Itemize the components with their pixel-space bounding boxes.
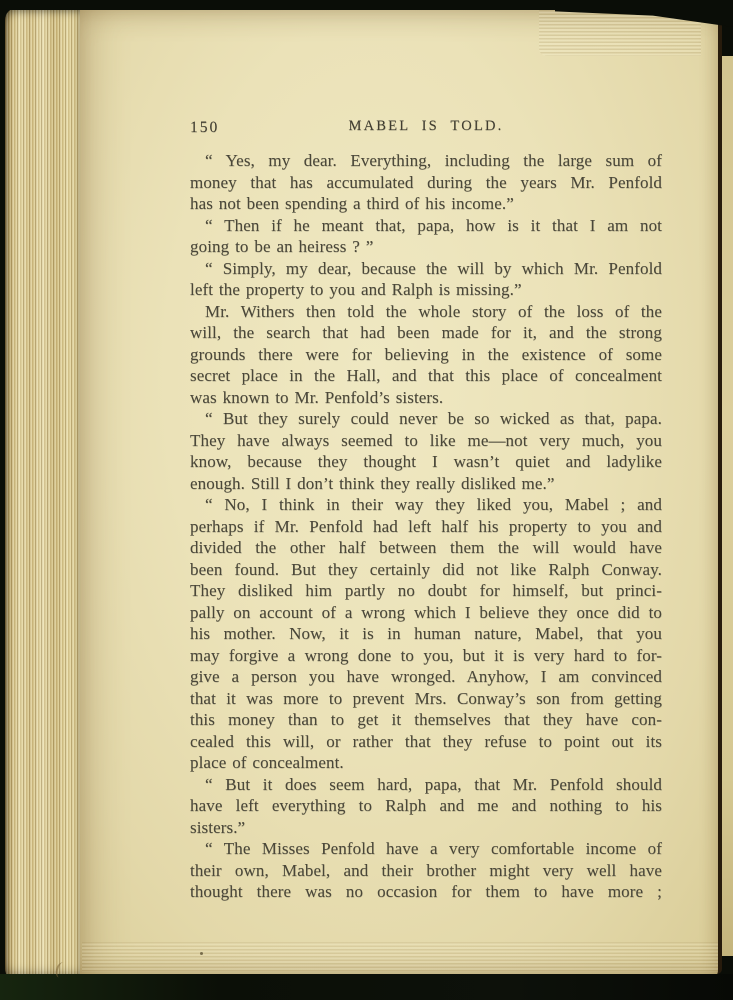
paragraph: “ Yes, my dear. Everything, including th… [190,150,662,215]
text-line: give a person you have wronged. Anyhow, … [190,666,662,688]
text-line: Mr. Withers then told the whole story of… [190,301,662,323]
book-page: 150 MABEL IS TOLD. “ Yes, my dear. Every… [78,10,722,974]
text-line: enough. Still I don’t think they really … [190,473,662,495]
paragraph: “ But they surely could never be so wick… [190,408,662,494]
text-line: know, because they thought I wasn’t quie… [190,451,662,473]
page-number: 150 [190,119,219,137]
book-page-edges-bottom [82,942,718,972]
paragraph: “ Then if he meant that, papa, how is it… [190,215,662,258]
text-line: has not been spending a third of his inc… [190,193,662,215]
paragraph: “ Simply, my dear, because the will by w… [190,258,662,301]
text-line: place of concealment. [190,752,662,774]
text-line: going to be an heiress ? ” [190,236,662,258]
text-line: They disliked him partly no doubt for hi… [190,580,662,602]
text-line: thought there was no occasion for them t… [190,881,662,903]
text-block: “ Yes, my dear. Everything, including th… [190,150,662,903]
text-line: money that has accumulated during the ye… [190,172,662,194]
text-line: “ But it does seem hard, papa, that Mr. … [190,774,662,796]
text-line: their own, Mabel, and their brother migh… [190,860,662,882]
book-page-edges-left [5,8,80,979]
cover-edge-bottom [0,974,733,1000]
text-line: “ Yes, my dear. Everything, including th… [190,150,662,172]
text-line: have left everything to Ralph and me and… [190,795,662,817]
text-line: pally on account of a wrong which I beli… [190,602,662,624]
text-line: left the property to you and Ralph is mi… [190,279,662,301]
text-line: that it was more to prevent Mrs. Conway’… [190,688,662,710]
text-line: “ Then if he meant that, papa, how is it… [190,215,662,237]
paragraph: “ No, I think in their way they liked yo… [190,494,662,774]
text-line: perhaps if Mr. Penfold had left half his… [190,516,662,538]
text-line: cealed this will, or rather that they re… [190,731,662,753]
text-line: “ The Misses Penfold have a very comfort… [190,838,662,860]
paragraph: “ The Misses Penfold have a very comfort… [190,838,662,903]
text-line: may forgive a wrong done to you, but it … [190,645,662,667]
page-header: 150 MABEL IS TOLD. [190,118,662,138]
text-line: “ Simply, my dear, because the will by w… [190,258,662,280]
text-line: They have always seemed to like me—not v… [190,430,662,452]
text-line: grounds there were for believing in the … [190,344,662,366]
text-line: been found. But they certainly did not l… [190,559,662,581]
text-line: will, the search that had been made for … [190,322,662,344]
running-head: MABEL IS TOLD. [190,118,662,135]
book-scan: 150 MABEL IS TOLD. “ Yes, my dear. Every… [0,0,733,1000]
text-line: this money than to get it themselves tha… [190,709,662,731]
paragraph: “ But it does seem hard, papa, that Mr. … [190,774,662,839]
text-line: “ No, I think in their way they liked yo… [190,494,662,516]
text-line: secret place in the Hall, and that this … [190,365,662,387]
text-line: his mother. Now, it is in human nature, … [190,623,662,645]
paragraph: Mr. Withers then told the whole story of… [190,301,662,409]
text-line: divided the other half between them the … [190,537,662,559]
text-line: was known to Mr. Penfold’s sisters. [190,387,662,409]
text-line: sisters.” [190,817,662,839]
next-page-edge [722,56,733,956]
text-line: “ But they surely could never be so wick… [190,408,662,430]
print-speck [200,952,203,955]
